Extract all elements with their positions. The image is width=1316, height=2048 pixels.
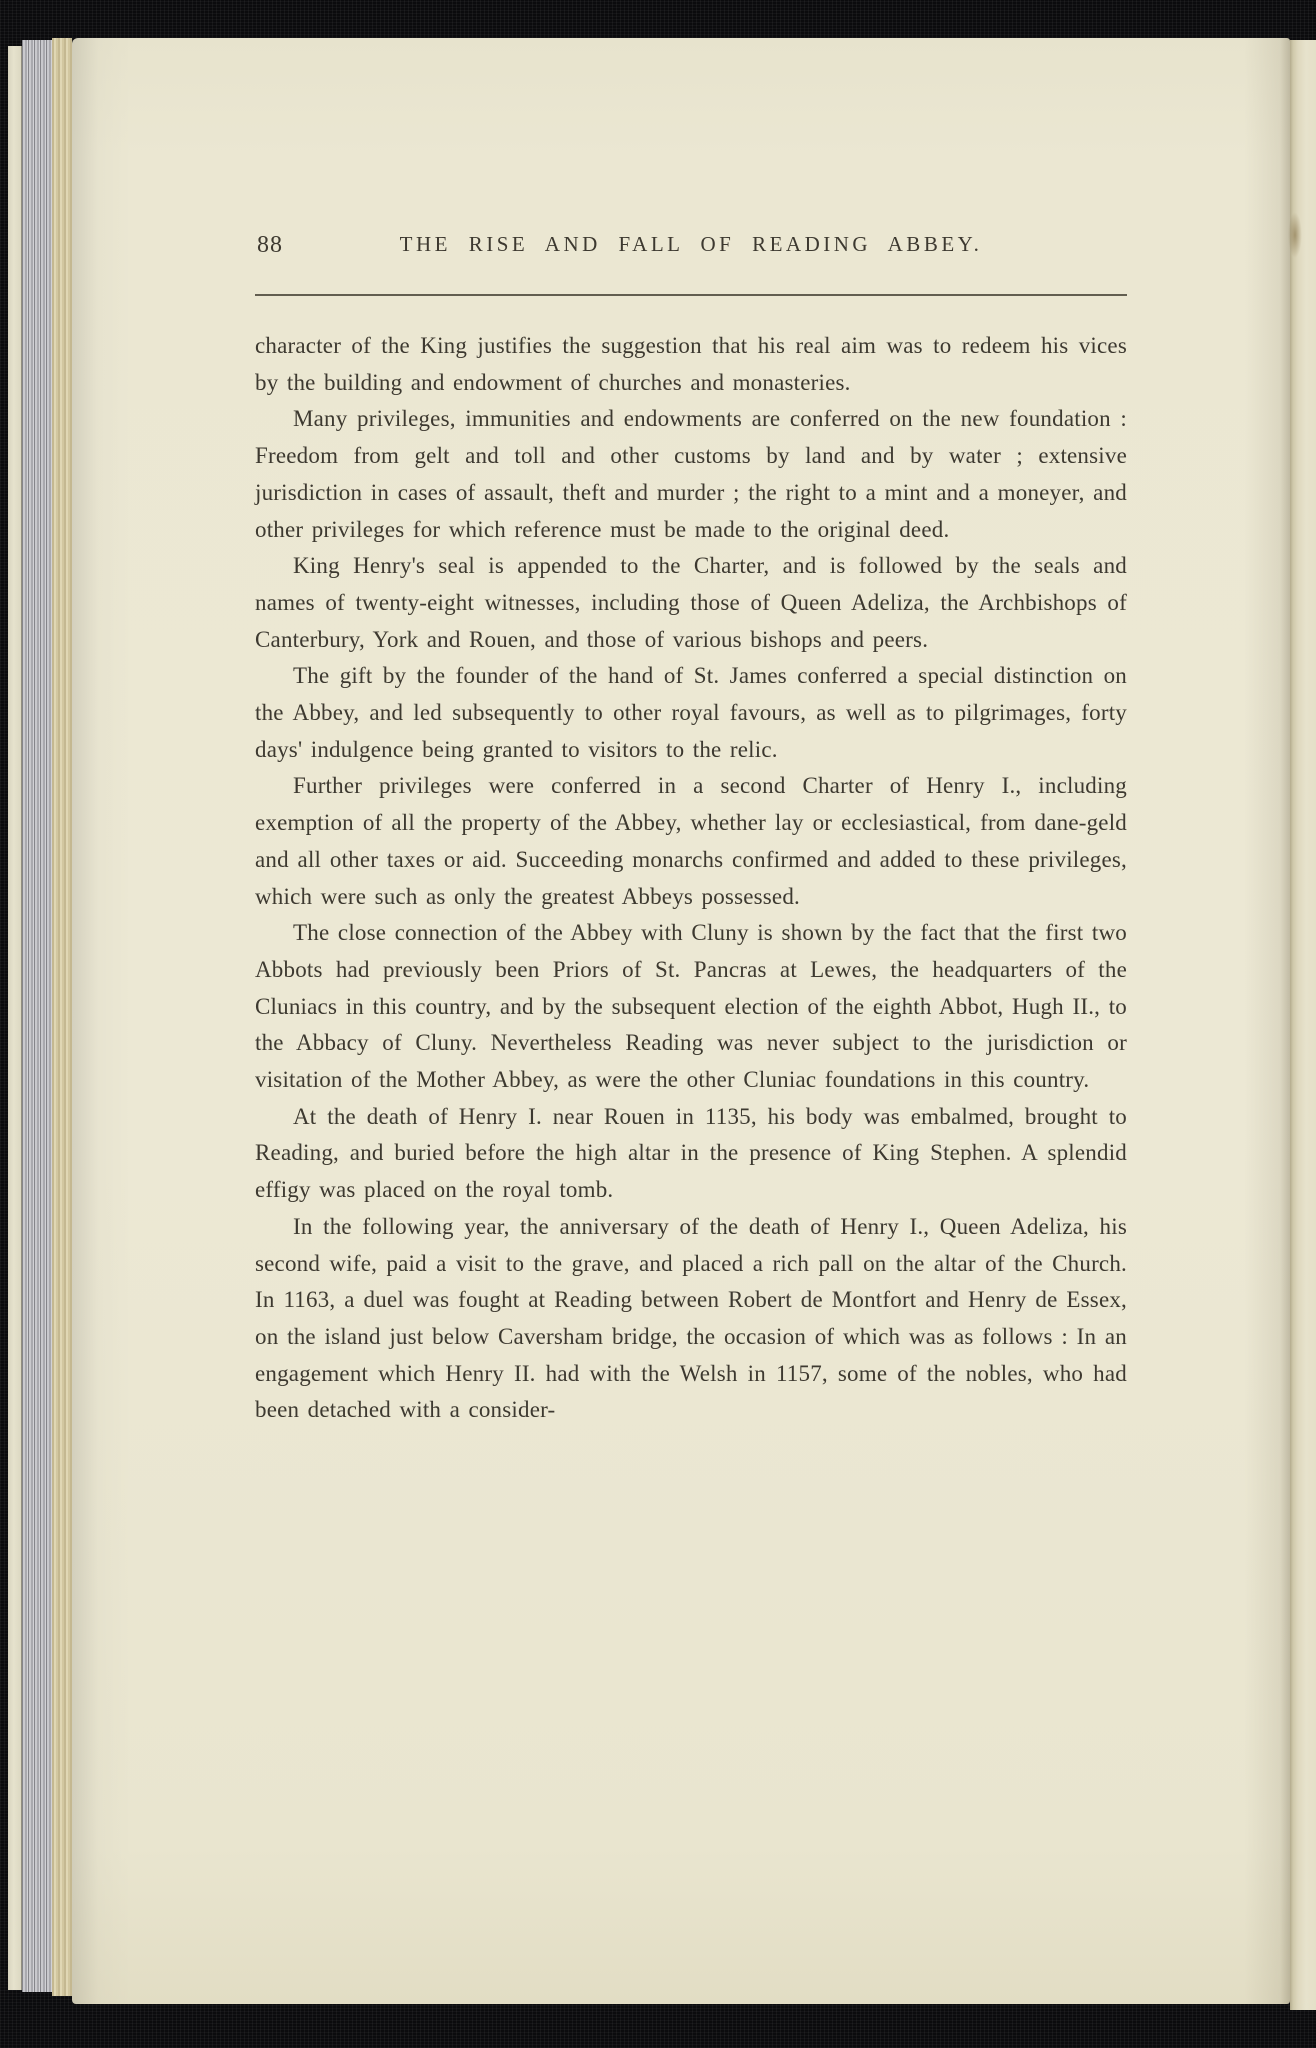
printed-area: 88 THE RISE AND FALL OF READING ABBEY. c…: [255, 38, 1127, 2004]
paragraph: At the death of Henry I. near Rouen in 1…: [255, 1099, 1127, 1209]
scanned-book-photo: 88 THE RISE AND FALL OF READING ABBEY. c…: [0, 0, 1316, 2048]
book-page: 88 THE RISE AND FALL OF READING ABBEY. c…: [72, 38, 1290, 2004]
page-edges-stack-tan: [52, 38, 72, 1996]
header-rule: [255, 294, 1127, 296]
gutter-stain: [1288, 212, 1302, 258]
loose-page-edge: [8, 46, 22, 1990]
page-edges-stack-grey: [22, 40, 52, 1992]
paragraph: Further privileges were conferred in a s…: [255, 768, 1127, 915]
paragraph: character of the King justifies the sugg…: [255, 328, 1127, 401]
running-title: THE RISE AND FALL OF READING ABBEY.: [255, 232, 1127, 257]
page-body-text: character of the King justifies the sugg…: [255, 328, 1127, 1429]
paragraph: The close connection of the Abbey with C…: [255, 915, 1127, 1099]
paragraph: The gift by the founder of the hand of S…: [255, 658, 1127, 768]
page-number: 88: [257, 232, 283, 259]
paragraph: King Henry's seal is appended to the Cha…: [255, 548, 1127, 658]
paragraph: Many privileges, immunities and endowmen…: [255, 401, 1127, 548]
facing-page-edge: [1290, 40, 1316, 2010]
running-head: 88 THE RISE AND FALL OF READING ABBEY.: [255, 232, 1127, 262]
paragraph: In the following year, the anniversary o…: [255, 1209, 1127, 1429]
